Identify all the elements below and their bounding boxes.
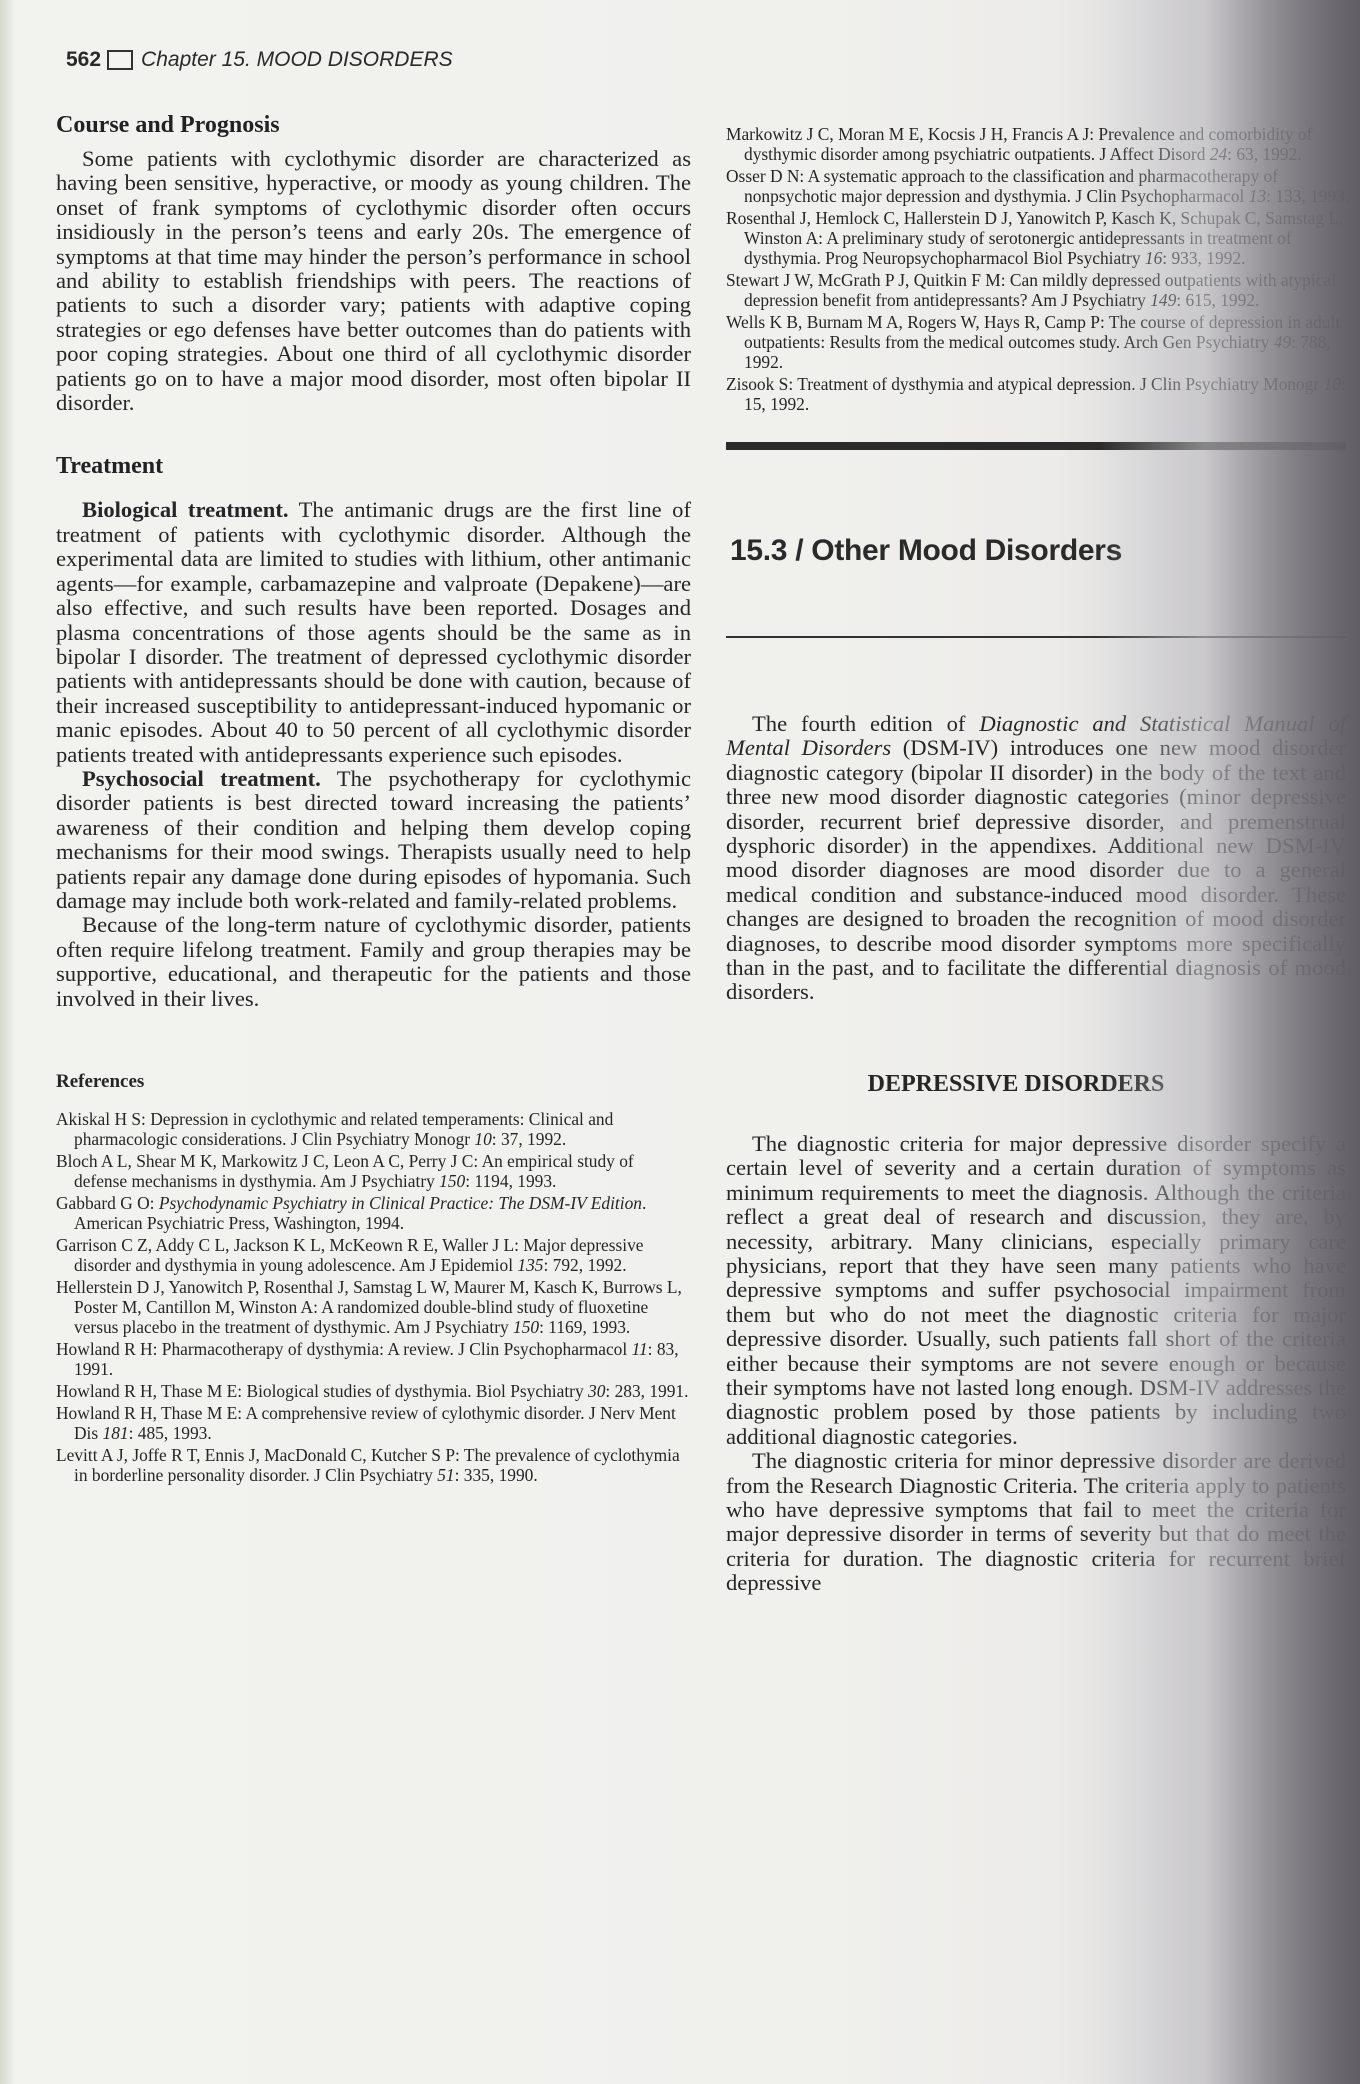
reference-item: Levitt A J, Joffe R T, Ennis J, MacDonal… [56, 1445, 691, 1485]
run-in-psychosocial: Psychosocial treatment. [82, 766, 321, 791]
right-column: Markowitz J C, Moran M E, Kocsis J H, Fr… [726, 124, 1360, 1596]
page-number: 562 [66, 48, 101, 72]
reference-item: Wells K B, Burnam M A, Rogers W, Hays R,… [726, 312, 1360, 372]
paragraph-long-term: Because of the long-term nature of cyclo… [56, 913, 691, 1011]
chapter-title: Chapter 15. MOOD DISORDERS [141, 48, 453, 72]
book-page: 562 Chapter 15. MOOD DISORDERS Course an… [0, 0, 1360, 2084]
reference-item: Rosenthal J, Hemlock C, Hallerstein D J,… [726, 208, 1360, 268]
reference-item: Howland R H: Pharmacotherapy of dysthymi… [56, 1339, 691, 1379]
reference-item: Howland R H, Thase M E: Biological studi… [56, 1381, 691, 1401]
reference-item: Garrison C Z, Addy C L, Jackson K L, McK… [56, 1235, 691, 1275]
paragraph-dsm-intro: The fourth edition of Diagnostic and Sta… [726, 712, 1346, 1005]
page-gutter-edge [0, 0, 14, 2084]
reference-item: Howland R H, Thase M E: A comprehensive … [56, 1403, 691, 1443]
paragraph-depressive-2: The diagnostic criteria for minor depres… [726, 1449, 1346, 1595]
references-left: References Akiskal H S: Depression in cy… [56, 1071, 691, 1485]
paragraph-biological-treatment: Biological treatment. The antimanic drug… [56, 498, 691, 766]
heading-depressive-disorders: DEPRESSIVE DISORDERS [726, 1071, 1306, 1098]
left-column: Course and Prognosis Some patients with … [56, 112, 691, 1487]
square-ornament-icon [107, 50, 133, 70]
section-divider-thin [726, 636, 1346, 638]
reference-item: Hellerstein D J, Yanowitch P, Rosenthal … [56, 1277, 691, 1337]
heading-treatment: Treatment [56, 453, 691, 480]
running-head: 562 Chapter 15. MOOD DISORDERS [66, 48, 453, 72]
paragraph-psychosocial-treatment: Psychosocial treatment. The psychotherap… [56, 767, 691, 913]
heading-references: References [56, 1071, 691, 1093]
reference-item: Stewart J W, McGrath P J, Quitkin F M: C… [726, 270, 1360, 310]
reference-item: Markowitz J C, Moran M E, Kocsis J H, Fr… [726, 124, 1360, 164]
reference-item: Gabbard G O: Psychodynamic Psychiatry in… [56, 1193, 691, 1233]
reference-item: Akiskal H S: Depression in cyclothymic a… [56, 1109, 691, 1149]
heading-course-prognosis: Course and Prognosis [56, 112, 691, 139]
run-in-biological: Biological treatment. [82, 497, 289, 522]
references-right: Markowitz J C, Moran M E, Kocsis J H, Fr… [726, 124, 1360, 414]
paragraph-course: Some patients with cyclothymic disorder … [56, 147, 691, 415]
paragraph-depressive-1: The diagnostic criteria for major depres… [726, 1132, 1346, 1449]
reference-item: Bloch A L, Shear M K, Markowitz J C, Leo… [56, 1151, 691, 1191]
section-title: 15.3 / Other Mood Disorders [730, 534, 1360, 568]
reference-item: Osser D N: A systematic approach to the … [726, 166, 1360, 206]
section-divider-thick [726, 442, 1346, 450]
biological-text: The antimanic drugs are the first line o… [56, 497, 691, 766]
reference-item: Zisook S: Treatment of dysthymia and aty… [726, 374, 1360, 414]
